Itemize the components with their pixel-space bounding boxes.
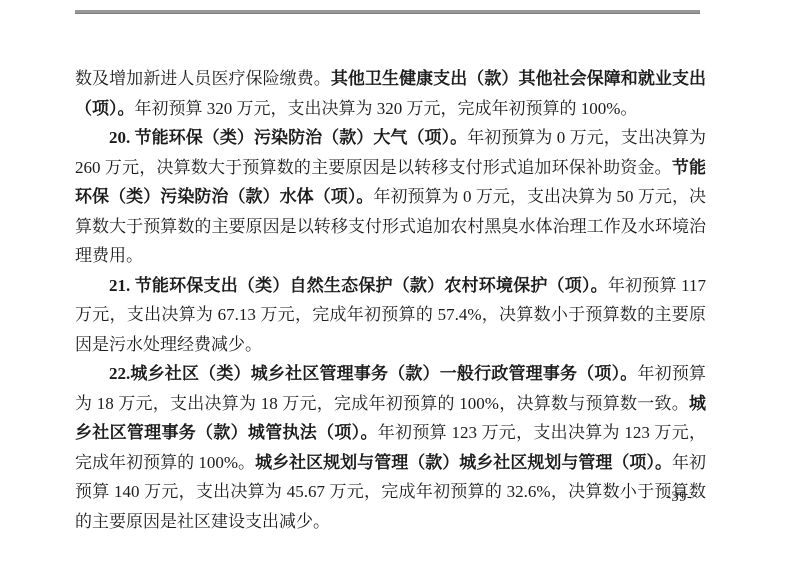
paragraph: 数及增加新进人员医疗保险缴费。其他卫生健康支出（款）其他社会保障和就业支出（项）… bbox=[75, 64, 706, 123]
document-body: 数及增加新进人员医疗保险缴费。其他卫生健康支出（款）其他社会保障和就业支出（项）… bbox=[75, 64, 706, 536]
top-rule bbox=[75, 10, 700, 14]
page-number: -39- bbox=[666, 489, 692, 506]
text-run-bold: 城乡社区规划与管理（款）城乡社区规划与管理（项）。 bbox=[255, 453, 672, 472]
document-page: 数及增加新进人员医疗保险缴费。其他卫生健康支出（款）其他社会保障和就业支出（项）… bbox=[0, 0, 800, 565]
paragraph: 21. 节能环保支出（类）自然生态保护（款）农村环境保护（项）。年初预算 117… bbox=[75, 271, 706, 360]
text-run-bold: 21. 节能环保支出（类）自然生态保护（款）农村环境保护（项）。 bbox=[109, 276, 608, 295]
text-run: 年初预算 320 万元，支出决算为 320 万元，完成年初预算的 100%。 bbox=[135, 99, 638, 118]
paragraph: 20. 节能环保（类）污染防治（款）大气（项）。年初预算为 0 万元，支出决算为… bbox=[75, 123, 706, 271]
text-run-bold: 20. 节能环保（类）污染防治（款）大气（项）。 bbox=[109, 128, 467, 147]
text-run-bold: 22.城乡社区（类）城乡社区管理事务（款）一般行政管理事务（项）。 bbox=[109, 364, 637, 383]
paragraph: 22.城乡社区（类）城乡社区管理事务（款）一般行政管理事务（项）。年初预算为 1… bbox=[75, 359, 706, 536]
text-run: 数及增加新进人员医疗保险缴费。 bbox=[75, 69, 331, 88]
